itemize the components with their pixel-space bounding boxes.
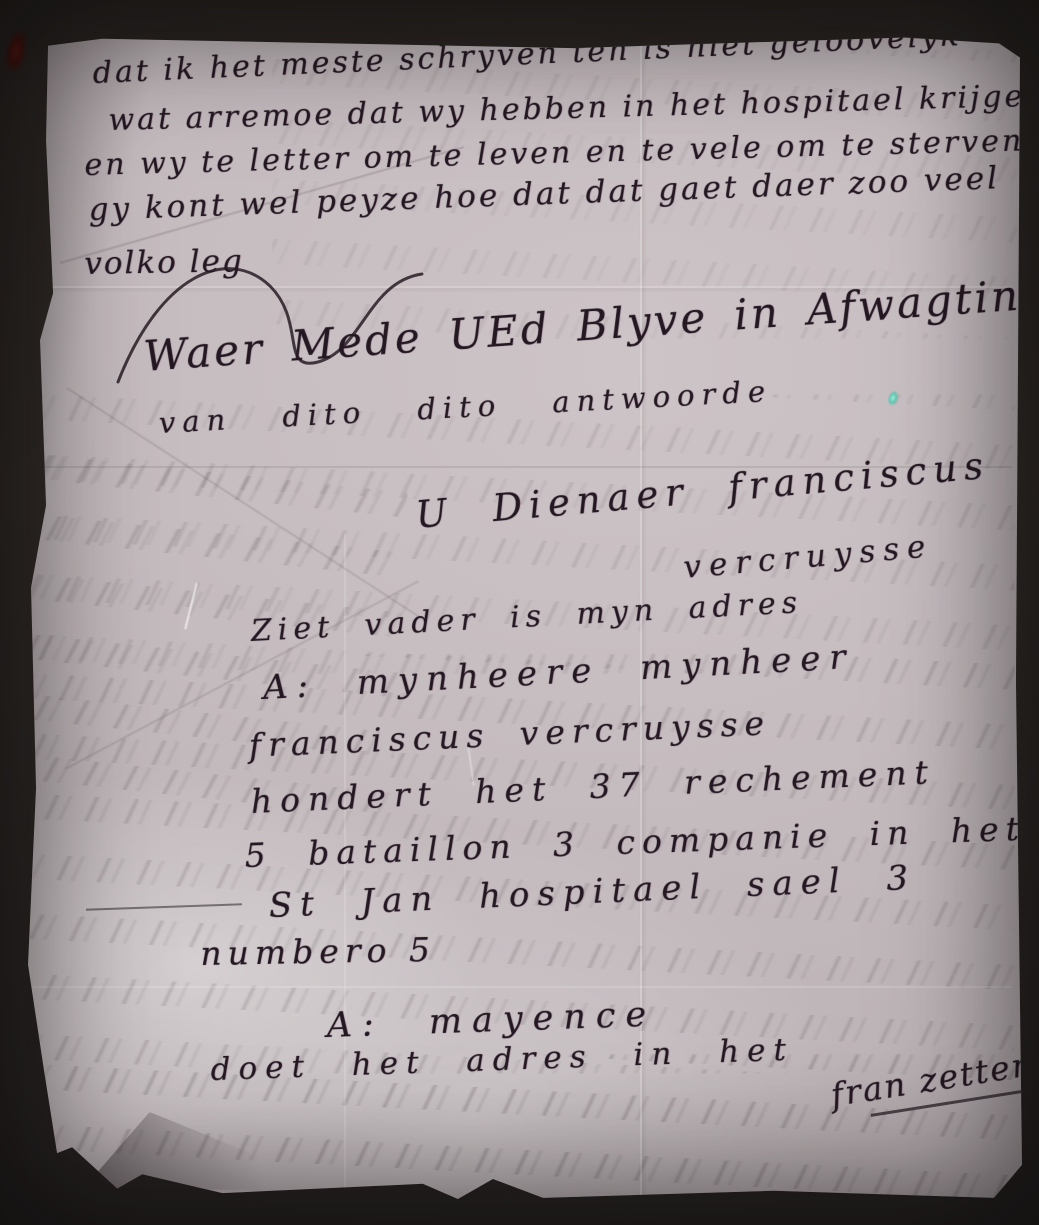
torn-corner-fold-shadow — [82, 1112, 342, 1190]
handwriting-signature-2: vercruysse — [682, 528, 935, 586]
handwriting-address-intro: Ziet vader is myn adres — [250, 585, 804, 649]
handwriting-address-2: franciscus vercruysse — [248, 703, 772, 765]
letter-photograph: dat ik het meste schryven ten is niet ge… — [0, 0, 1039, 1225]
handwriting-address-3: hondert het 37 rechement — [250, 752, 937, 821]
handwriting-signature-1: U Dienaer franciscus — [414, 444, 991, 537]
letter-paper: dat ik het meste schryven ten is niet ge… — [22, 34, 1024, 1212]
green-emulsion-speck — [886, 389, 901, 407]
handwriting-line-closing-2: van dito dito antwoorde — [158, 374, 773, 440]
handwriting-address-6: numbero 5 — [200, 930, 436, 973]
horizontal-fold-crease-3 — [32, 986, 1012, 988]
handwriting-line-1: dat ik het meste schryven ten is niet ge… — [92, 18, 962, 91]
handwriting-postscript: doet het adres in het — [210, 1032, 794, 1088]
margin-ink-line — [86, 903, 242, 910]
handwriting-line-5: volko leg — [84, 243, 244, 282]
handwriting-address-1: A: mynheere mynheer — [262, 637, 856, 708]
handwriting-line-closing: Waer Mede UEd Blyve in Afwagtinge — [142, 267, 1039, 381]
red-blemish-mark — [0, 26, 31, 76]
scratch-mark — [184, 582, 198, 629]
